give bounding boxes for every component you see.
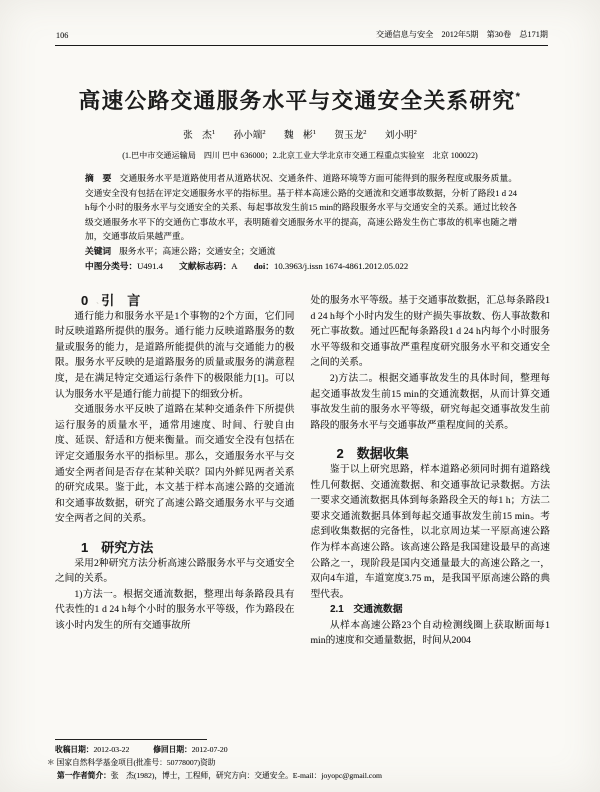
doc-code-value: A <box>231 261 237 271</box>
left-column: 0 引 言 通行能力和服务水平是1个事物的2个方面，它们同时反映道路所提供的服务… <box>55 293 295 649</box>
right-column: 处的服务水平等级。基于交通事故数据，汇总每条路段1 d 24 h每个小时内发生的… <box>311 293 551 649</box>
body-paragraph: 交通服务水平反映了道路在某种交通条件下所提供运行服务的质量水平，通常用速度、时间… <box>55 402 295 527</box>
abstract-text: 交通服务水平是道路使用者从道路状况、交通条件、道路环境等方面可能得到的服务程度或… <box>85 173 517 241</box>
page-number: 106 <box>56 31 68 40</box>
first-author-text: 张 杰(1982)，博士，工程师，研究方向：交通安全。E-mail：joyopc… <box>111 771 382 780</box>
body-paragraph: 通行能力和服务水平是1个事物的2个方面，它们同时反映道路所提供的服务。通行能力反… <box>55 309 295 403</box>
paper-title-text: 高速公路交通服务水平与交通安全关系研究 <box>79 89 516 113</box>
classification-line: 中图分类号：U491.4 文献标志码：A doi：10.3963/j.issn … <box>85 259 517 274</box>
keywords-text: 服务水平；高速公路；交通安全；交通流 <box>119 246 275 256</box>
abstract-block: 摘 要交通服务水平是道路使用者从道路状况、交通条件、道路环境等方面可能得到的服务… <box>85 171 517 273</box>
journal-info: 交通信息与安全 2012年5期 第30卷 总171期 <box>376 29 548 40</box>
author: 孙小端2 <box>234 130 266 141</box>
body-columns: 0 引 言 通行能力和服务水平是1个事物的2个方面，它们同时反映道路所提供的服务… <box>55 293 550 649</box>
fund-text: 国家自然科学基金项目(批准号：50778007)资助 <box>57 758 216 767</box>
title-footnote-star: * <box>516 91 522 103</box>
revised-label: 修回日期： <box>153 745 191 754</box>
author-line: 张 杰1 孙小端2 魏 彬1 贺玉龙2 刘小明2 <box>0 127 600 141</box>
revised-date: 2012-07-20 <box>192 745 228 754</box>
body-paragraph: 2)方法二。根据交通事故发生的具体时间，整理每起交通事故发生前15 min的交通… <box>311 371 551 433</box>
body-paragraph: 1)方法一。根据交通流数据，整理出每条路段具有代表性的1 d 24 h每个小时的… <box>55 587 295 634</box>
affiliation-line: (1.巴中市交通运输局 四川 巴中 636000；2.北京工业大学北京市交通工程… <box>0 150 600 161</box>
clc-label: 中图分类号： <box>85 261 137 271</box>
author: 贺玉龙2 <box>334 130 366 141</box>
footnote-fund-line: ＊ 国家自然科学基金项目(批准号：50778007)资助 <box>47 757 548 770</box>
received-date: 2012-03-22 <box>93 745 129 754</box>
footnote-block: 收稿日期：2012-03-22 修回日期：2012-07-20 ＊ 国家自然科学… <box>55 739 548 782</box>
keywords-label: 关键词 <box>85 246 111 256</box>
paper-page: 106 交通信息与安全 2012年5期 第30卷 总171期 高速公路交通服务水… <box>0 0 600 792</box>
body-paragraph: 处的服务水平等级。基于交通事故数据，汇总每条路段1 d 24 h每个小时内发生的… <box>311 293 551 371</box>
doc-code-label: 文献标志码： <box>179 261 231 271</box>
section-heading-data: 2 数据收集 <box>311 446 551 462</box>
body-paragraph: 从样本高速公路23个自动检测线圈上获取断面每1 min的速度和交通量数据，时间从… <box>311 618 551 649</box>
received-label: 收稿日期： <box>55 745 93 754</box>
author: 张 杰1 <box>183 130 215 141</box>
running-header: 106 交通信息与安全 2012年5期 第30卷 总171期 <box>56 29 548 40</box>
body-paragraph: 鉴于以上研究思路，样本道路必须同时拥有道路线性几何数据、交通流数据、和交通事故记… <box>311 462 551 602</box>
author: 刘小明2 <box>385 130 417 141</box>
doi-label: doi： <box>254 261 274 271</box>
section-heading-intro: 0 引 言 <box>55 293 295 309</box>
abstract-label: 摘 要 <box>85 173 112 183</box>
doi-value: 10.3963/j.issn 1674-4861.2012.05.022 <box>274 261 408 271</box>
clc-value: U491.4 <box>137 261 163 271</box>
subsection-heading-trafficflow: 2.1 交通流数据 <box>311 602 551 618</box>
abstract-paragraph: 摘 要交通服务水平是道路使用者从道路状况、交通条件、道路环境等方面可能得到的服务… <box>85 171 517 244</box>
footnote-author-line: 第一作者简介：张 杰(1982)，博士，工程师，研究方向：交通安全。E-mail… <box>57 770 548 783</box>
body-paragraph: 采用2种研究方法分析高速公路服务水平与交通安全之间的关系。 <box>55 556 295 587</box>
footnote-dates-line: 收稿日期：2012-03-22 修回日期：2012-07-20 <box>55 744 548 757</box>
header-rule <box>55 45 548 46</box>
keywords-line: 关键词服务水平；高速公路；交通安全；交通流 <box>85 244 517 259</box>
fund-star: ＊ <box>47 758 55 767</box>
first-author-label: 第一作者简介： <box>57 771 111 780</box>
paper-title: 高速公路交通服务水平与交通安全关系研究* <box>0 84 600 115</box>
footnote-rule <box>55 739 207 740</box>
author: 魏 彬1 <box>284 130 316 141</box>
section-heading-methods: 1 研究方法 <box>55 540 295 556</box>
